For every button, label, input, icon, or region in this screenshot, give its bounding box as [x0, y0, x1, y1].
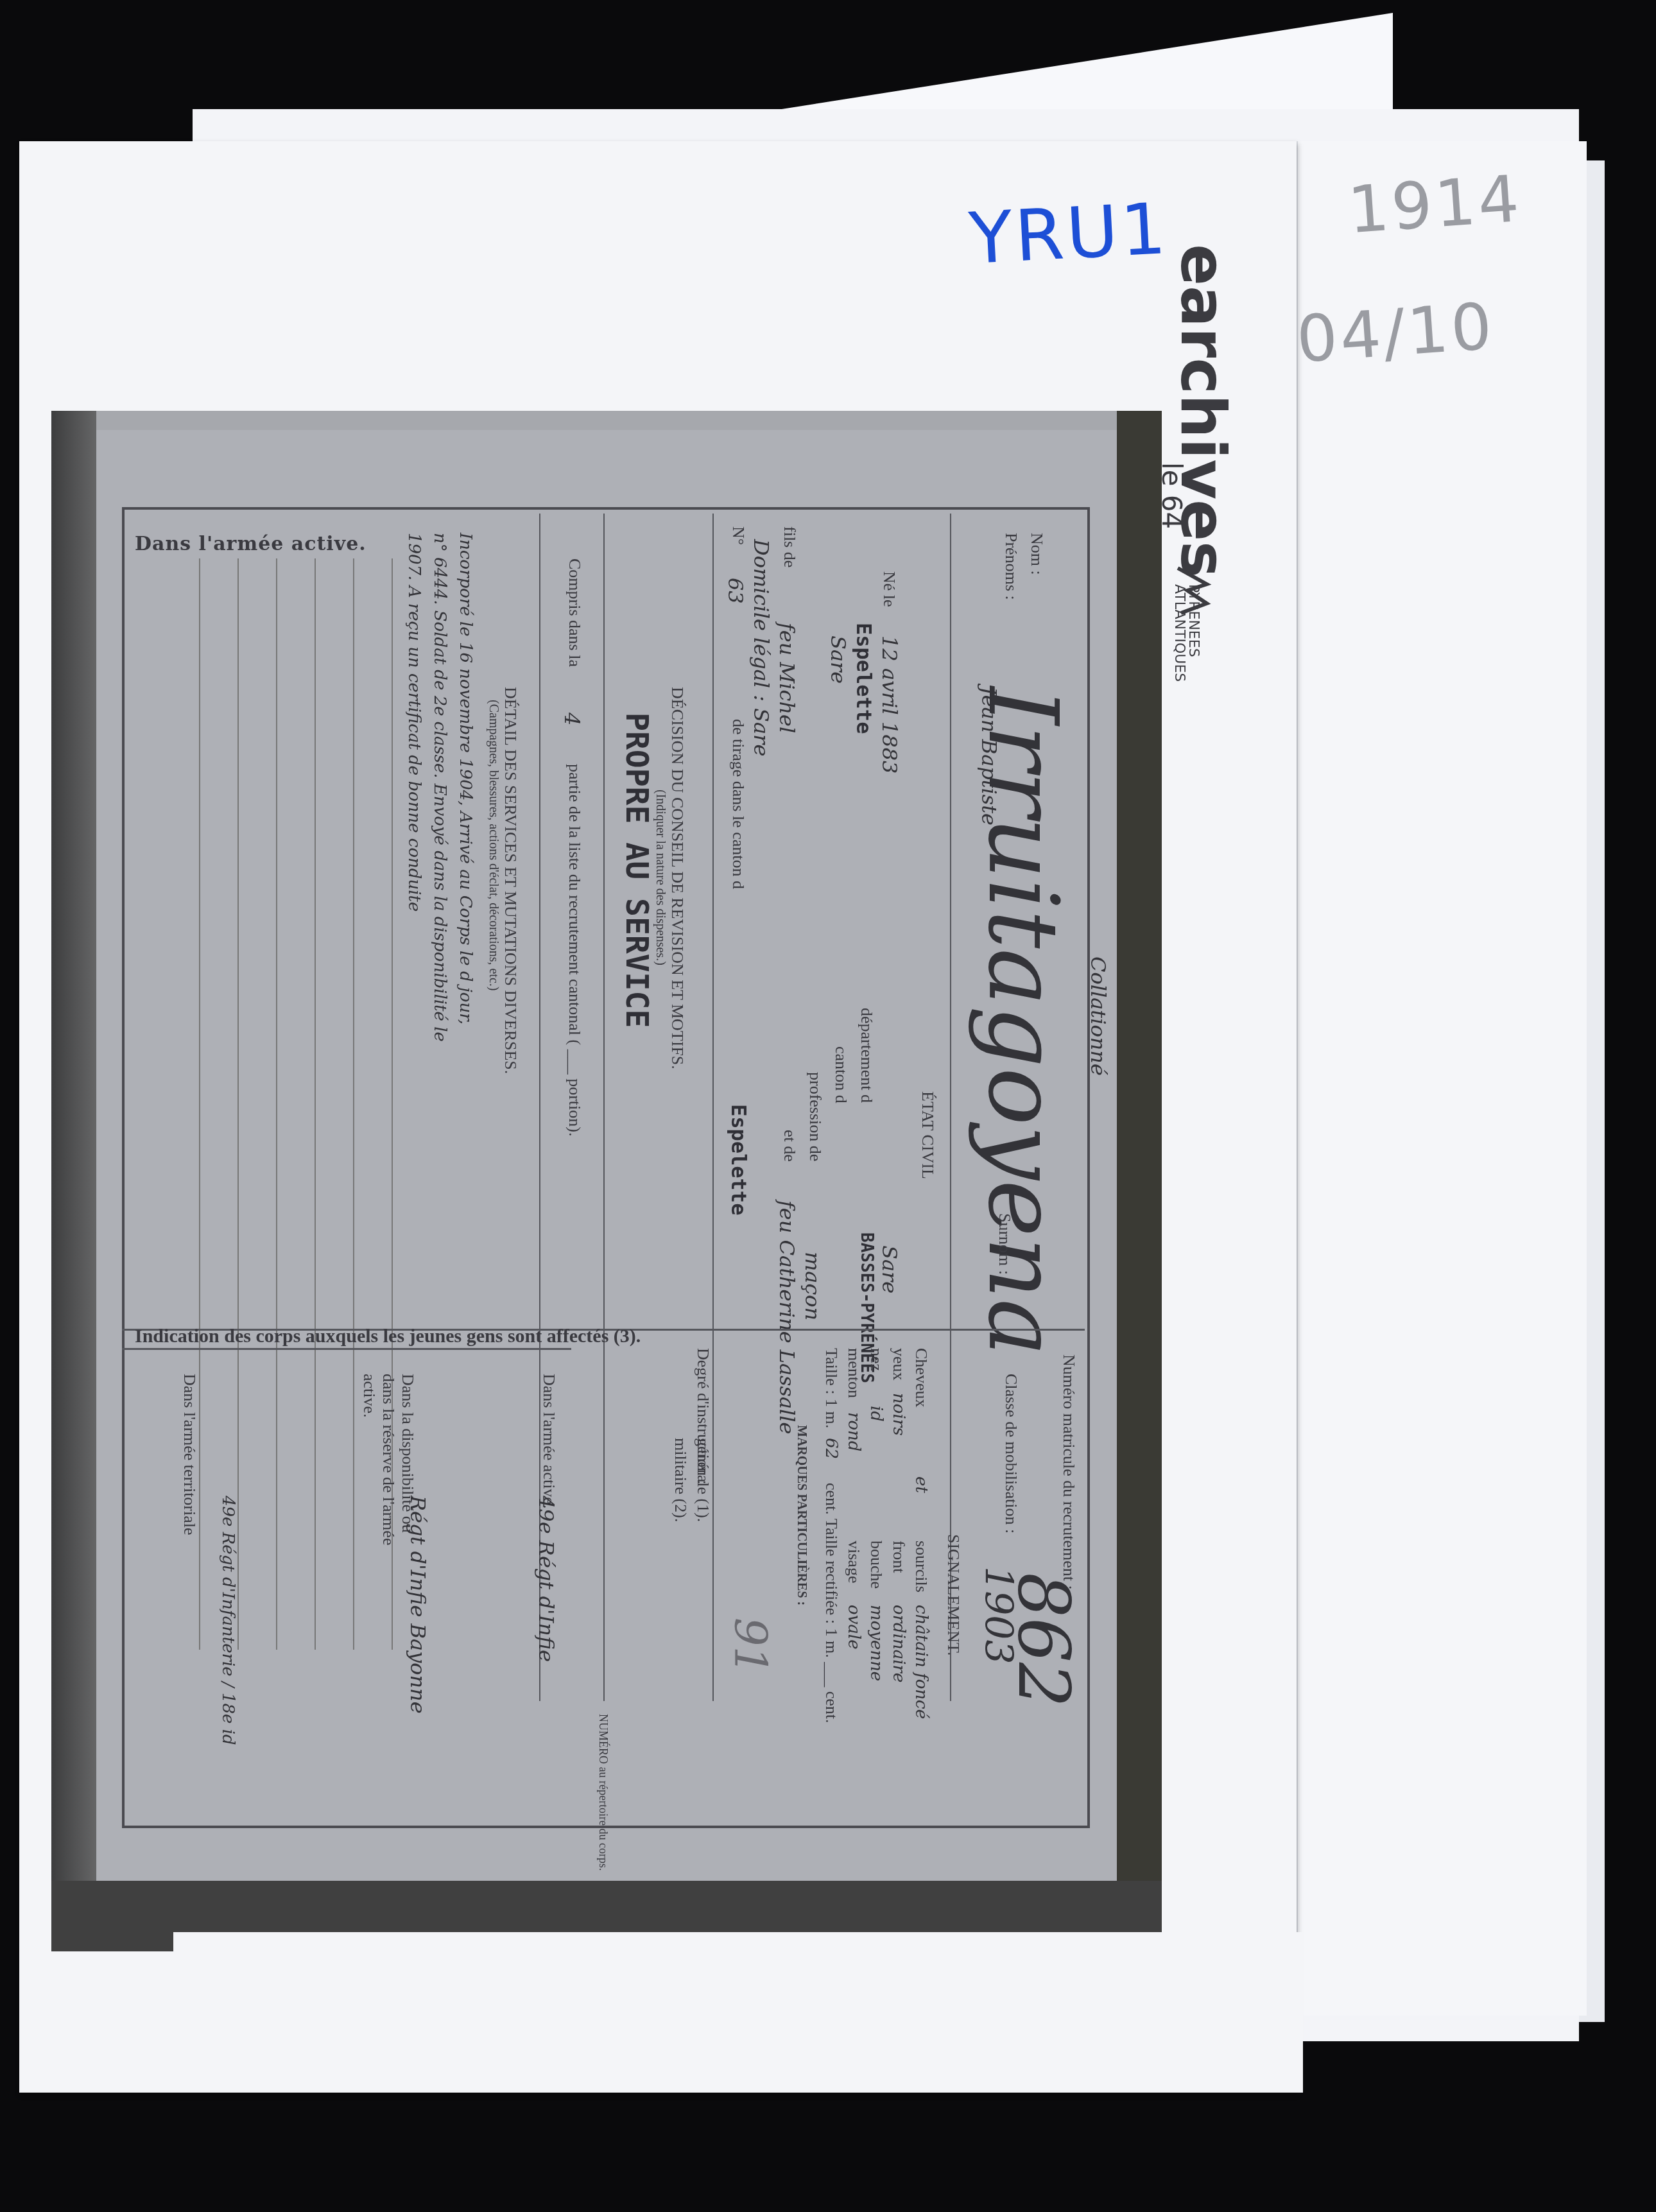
compris-suffix: partie de la liste du recrutement canton…: [565, 764, 584, 1136]
ruled-line: [237, 558, 239, 1650]
ne-a-value: Sare: [877, 1245, 902, 1293]
corps-divider: [122, 1348, 571, 1350]
d-value: Espelette: [852, 623, 876, 734]
taille-value: 62: [822, 1438, 841, 1459]
scanned-register-page: Collationné Dans l'armée active. Nom : P…: [51, 411, 1162, 1951]
menton-label: menton: [844, 1348, 863, 1398]
classe-label: Classe de mobilisation :: [1001, 1374, 1021, 1534]
degre-generale: générale (1).: [693, 1438, 712, 1522]
detail-hint: (Campagnes, blessures, actions d'éclat, …: [486, 700, 501, 990]
blue-code-annotation: YRU1: [967, 187, 1170, 280]
corps-title: Indication des corps auxquels les jeunes…: [135, 1326, 641, 1347]
surnom-label: Surnom :: [995, 1213, 1014, 1275]
corps-active-label: Dans l'armée active.: [539, 1374, 558, 1508]
canton-d-label: canton d: [831, 1046, 850, 1103]
detail-title: DÉTAIL DES SERVICES ET MUTATIONS DIVERSE…: [501, 687, 520, 1074]
divider: [950, 514, 951, 1701]
fraction-annotation: 04/10: [1294, 288, 1497, 377]
pere-value: feu Michel: [775, 623, 799, 733]
ruled-line: [353, 558, 354, 1650]
divider: [603, 514, 605, 1701]
scan-dark-edge: [1117, 411, 1162, 1951]
fils-de-label: fils de: [780, 526, 799, 567]
degre-militaire: militaire (2).: [671, 1438, 690, 1522]
prenoms-value: Jean Baptiste: [977, 687, 1001, 825]
compris-label: Compris dans la: [565, 558, 584, 667]
divider: [712, 514, 714, 1701]
ne-le-label: Né le: [879, 571, 899, 607]
departement-label: département d: [857, 1008, 876, 1103]
etat-civil-title: ÉTAT CIVIL: [918, 1091, 937, 1179]
domicile-value: Domicile légal : Sare: [749, 539, 773, 756]
front-label: front: [889, 1541, 908, 1573]
visage-label: visage: [844, 1541, 863, 1583]
matricule-label: Numéro matricule du recrutement :: [1059, 1354, 1078, 1590]
detail-entry: Incorporé le 16 novembre 1904, Arrivé au…: [456, 533, 475, 1024]
cheveux-label: Cheveux: [911, 1348, 931, 1407]
registration-form: Collationné Dans l'armée active. Nom : P…: [96, 430, 1117, 1881]
front-value: ordinaire: [889, 1605, 908, 1682]
visage-value: ovale: [844, 1605, 863, 1650]
profession-value: maçon: [800, 1252, 825, 1320]
bouche-label: bouche: [867, 1541, 886, 1589]
section-active-army: Dans l'armée active.: [135, 533, 367, 555]
compris-value: 4: [560, 713, 584, 725]
right-folder-page: [1297, 141, 1587, 2016]
ruled-line: [276, 558, 277, 1650]
sourcils-label: sourcils: [911, 1541, 931, 1593]
menton-value: rond: [844, 1412, 863, 1451]
nez-label: nez: [867, 1348, 886, 1371]
corps-active-value: 49e Régt d'Infie: [534, 1496, 558, 1662]
taille-label: Taille : 1 m.: [822, 1348, 841, 1428]
decision-hint: (Indiquer la nature des dispenses.): [653, 790, 668, 965]
signalement-title: SIGNALEMENT.: [944, 1534, 963, 1655]
tirage-canton: Espelette: [727, 1104, 751, 1215]
detail-entry: 1907. A reçu un certificat de bonne cond…: [404, 533, 424, 912]
detail-entry: n° 6444. Soldat de 2e classe. Envoyé dan…: [430, 533, 449, 1042]
collationne-label: Collationné: [1086, 956, 1110, 1076]
mere-label: et de: [780, 1130, 799, 1162]
nez-value: id: [867, 1406, 886, 1422]
numero-value: 63: [723, 578, 748, 604]
decision-stamp: PROPRE AU SERVICE: [619, 713, 655, 1028]
marques-label: MARQUES PARTICULIÈRES :: [794, 1425, 809, 1605]
tirage-label: de tirage dans le canton d: [729, 719, 748, 889]
numero-repertoire-label: NUMÉRO au répertoire du corps.: [596, 1714, 610, 1871]
cheveux-value: et: [911, 1476, 931, 1493]
yeux-value: noirs: [889, 1393, 908, 1436]
sourcils-value: châtain foncé: [911, 1605, 931, 1719]
numero-label: N°: [729, 526, 748, 545]
mountain-icon: [1175, 565, 1213, 616]
ruled-line: [315, 558, 316, 1650]
corps-territoriale-label: Dans l'armée territoriale: [180, 1374, 199, 1535]
decision-title: DÉCISION DU CONSEIL DE REVISION ET MOTIF…: [668, 687, 687, 1069]
ne-le-value: 12 avril 1883: [877, 635, 902, 773]
year-annotation: 1914: [1345, 161, 1524, 248]
yeux-label: yeux: [889, 1348, 908, 1381]
profession-label: profession de: [806, 1072, 825, 1161]
scan-shadow: [51, 411, 96, 1951]
corps-dispo-value: Régt d'Infie Bayonne: [406, 1496, 430, 1714]
prenoms-label: Prénoms :: [1001, 533, 1021, 600]
corps-territoriale-value: 49e Régt d'Infanterie / 18e id: [218, 1496, 237, 1745]
cover-bottom-strip: [173, 1932, 1303, 2093]
taille-suffix: cent. Taille rectifiée : 1 m. ___ cent.: [822, 1483, 841, 1724]
classe-value: 1903: [976, 1566, 1021, 1664]
a-value-2: Sare: [826, 635, 850, 684]
nom-label: Nom :: [1027, 533, 1046, 575]
ruled-line: [199, 558, 200, 1650]
bouche-value: moyenne: [867, 1605, 886, 1681]
mere-value: feu Catherine Lassalle: [775, 1200, 799, 1434]
margin-mark: 91: [724, 1618, 777, 1675]
